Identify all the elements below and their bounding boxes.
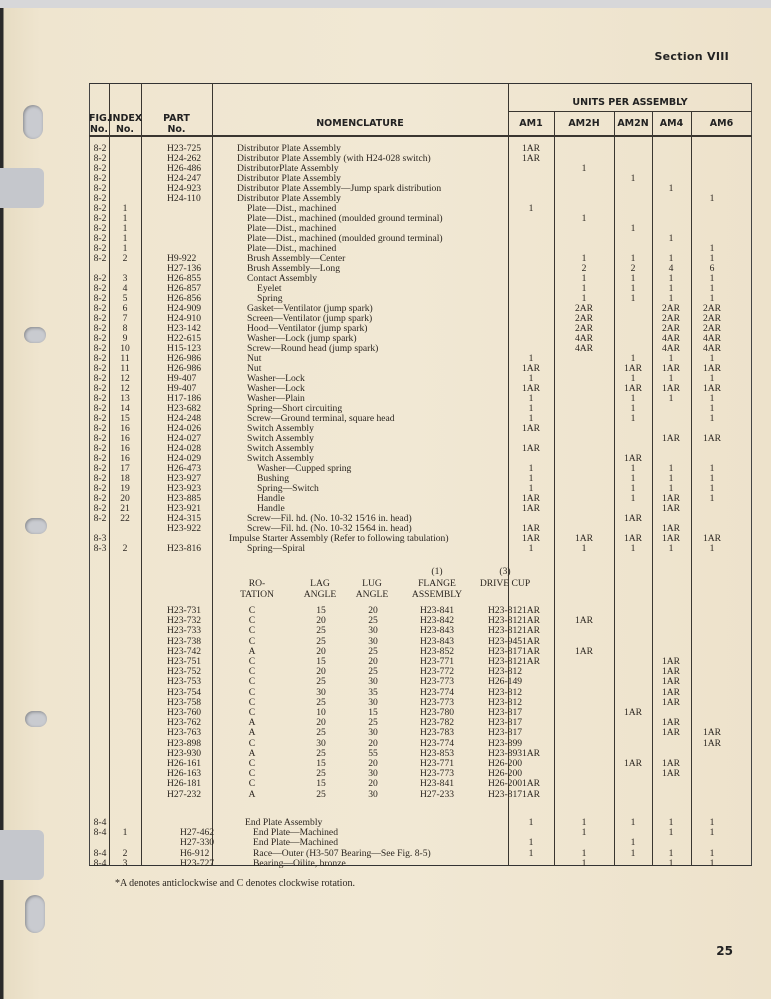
units-cell: 1AR [511, 790, 551, 800]
rotation-cell: A [242, 728, 262, 738]
units-cell: 1AR [692, 434, 732, 444]
units-cell: 1 [564, 828, 604, 838]
sub-header-flange-ref: (1) [397, 567, 477, 577]
flange-assembly-cell: H23-841 [407, 779, 467, 789]
units-cell: 1 [651, 234, 691, 244]
lag-angle-cell: 25 [306, 790, 336, 800]
units-cell: 1 [651, 394, 691, 404]
units-cell: 1 [613, 224, 653, 234]
header-units-per-assembly: UNITS PER ASSEMBLY [508, 97, 752, 108]
lag-angle-cell: 25 [306, 728, 336, 738]
part-no-cell: H27-330 [180, 838, 214, 848]
sub-header-lag-angle: LAG ANGLE [295, 578, 345, 600]
header-bottom-rule [89, 135, 752, 137]
units-cell: 1 [651, 828, 691, 838]
binder-tab [0, 168, 44, 208]
rotation-cell: C [242, 779, 262, 789]
units-cell: 1AR [511, 154, 551, 164]
rotation-cell: C [242, 626, 262, 636]
units-cell: 1 [564, 214, 604, 224]
units-cell: 1AR [613, 759, 653, 769]
units-cell: 1 [511, 849, 551, 859]
lug-angle-cell: 30 [358, 626, 388, 636]
units-cell: 1AR [564, 647, 604, 657]
binder-hole [25, 518, 47, 534]
units-cell: 1AR [692, 739, 732, 749]
rotation-cell: C [242, 677, 262, 687]
header-nomenclature: NOMENCLATURE [212, 118, 508, 129]
index-no-cell: 1 [109, 828, 141, 838]
header-model-am4: AM4 [652, 118, 691, 129]
lag-angle-cell: 15 [306, 779, 336, 789]
col-divider [212, 83, 213, 866]
units-cell: 1AR [692, 728, 732, 738]
units-cell: 1 [511, 544, 551, 554]
lug-angle-cell: 30 [358, 728, 388, 738]
units-cell: 1AR [613, 514, 653, 524]
header-index-no-text: INDEX No. [109, 113, 142, 135]
units-cell: 1AR [651, 677, 691, 687]
fig-no-cell: 8-3 [89, 544, 111, 554]
units-cell: 1 [613, 174, 653, 184]
units-cell: 1 [692, 828, 732, 838]
units-cell: 1 [511, 838, 551, 848]
sub-header-drive-cup: DRIVE CUP [478, 578, 532, 589]
header-model-am2n: AM2N [614, 118, 652, 129]
flange-assembly-cell: H23-773 [407, 677, 467, 687]
nomenclature-cell: End Plate—Machined [253, 838, 338, 848]
part-no-cell: H27-232 [167, 790, 201, 800]
header-fig-no-text: FIG. No. [89, 113, 110, 135]
drive-cup-cell: H23-817 [478, 728, 532, 738]
part-no-cell: H26-181 [167, 779, 201, 789]
binder-hole [24, 327, 46, 343]
units-cell: 1 [651, 184, 691, 194]
binder-hole [25, 711, 47, 727]
units-cell: 1AR [511, 444, 551, 454]
index-no-cell: 2 [109, 544, 141, 554]
units-cell: 1 [692, 859, 732, 869]
scan-top-edge [0, 0, 771, 8]
header-model-am6: AM6 [691, 118, 752, 129]
fig-no-cell: 8-2 [89, 254, 111, 264]
units-cell: 1 [613, 838, 653, 848]
units-cell: 1AR [651, 434, 691, 444]
part-no-cell: H24-110 [167, 194, 201, 204]
sub-header-drive-ref: (3) [475, 567, 535, 577]
rotation-cell: A [242, 790, 262, 800]
units-cell: 1AR [511, 779, 551, 789]
units-cell: 1AR [511, 424, 551, 434]
units-cell: 4AR [564, 344, 604, 354]
lug-angle-cell: 20 [358, 779, 388, 789]
binder-tab [0, 830, 44, 880]
units-cell: 1AR [651, 698, 691, 708]
units-header-divider [508, 111, 752, 112]
sub-header-flange-assembly: FLANGE ASSEMBLY [397, 578, 477, 600]
units-cell: 1 [613, 414, 653, 424]
index-no-cell: 3 [109, 859, 141, 869]
units-cell: 1AR [564, 616, 604, 626]
units-cell: 1 [613, 544, 653, 554]
binder-hole [25, 895, 45, 933]
units-cell: 1 [511, 818, 551, 828]
header-index-no: INDEX No. [109, 113, 141, 135]
header-model-am2h: AM2H [554, 118, 614, 129]
col-divider [554, 112, 555, 866]
flange-assembly-cell: H23-843 [407, 626, 467, 636]
lag-angle-cell: 25 [306, 677, 336, 687]
units-cell: 1 [613, 494, 653, 504]
units-cell: 1 [564, 544, 604, 554]
units-cell: 1 [564, 859, 604, 869]
lag-angle-cell: 25 [306, 626, 336, 636]
part-no-cell: H23-763 [167, 728, 201, 738]
units-cell: 1AR [651, 728, 691, 738]
page-number: 25 [716, 944, 733, 958]
units-cell: 1 [692, 544, 732, 554]
units-cell: 1 [692, 494, 732, 504]
units-cell: 1AR [651, 504, 691, 514]
part-no-cell: H23-922 [167, 524, 201, 534]
fig-no-cell: 8-2 [89, 514, 111, 524]
col-divider [141, 83, 142, 866]
header-part-no: PART No. [141, 113, 212, 135]
part-no-cell: H23-727 [180, 859, 214, 869]
units-cell: 1AR [651, 769, 691, 779]
header-part-no-text: PART No. [163, 113, 190, 135]
units-cell: 1 [564, 164, 604, 174]
units-cell: 1 [613, 294, 653, 304]
sub-header-rotation-ref: RO- TATION [232, 578, 282, 600]
nomenclature-cell: Spring—Spiral [247, 544, 305, 554]
header-model-am1: AM1 [508, 118, 554, 129]
sub-header-lug-angle: LUG ANGLE [347, 578, 397, 600]
units-cell: 1AR [613, 708, 653, 718]
drive-cup-cell: H26-149 [478, 677, 532, 687]
header-fig-no: FIG. No. [89, 113, 109, 135]
units-cell: 1 [651, 859, 691, 869]
units-cell: 1 [613, 849, 653, 859]
nomenclature-cell: Bearing—Oilite, bronze [253, 859, 346, 869]
units-cell: 1AR [511, 626, 551, 636]
document-page: Section VIII FIG. No. INDEX No. PART No.… [0, 0, 771, 999]
part-no-cell: H23-733 [167, 626, 201, 636]
fig-no-cell: 8-4 [89, 828, 111, 838]
units-cell: 1 [692, 414, 732, 424]
units-cell: 1 [692, 194, 732, 204]
lug-angle-cell: 30 [358, 677, 388, 687]
section-label: Section VIII [654, 50, 729, 63]
footnote: *A denotes anticlockwise and C denotes c… [115, 878, 355, 889]
binder-hole [23, 105, 43, 139]
units-cell: 1 [511, 204, 551, 214]
index-no-cell: 22 [109, 514, 141, 524]
units-cell: 1AR [511, 504, 551, 514]
flange-assembly-cell: H27-233 [407, 790, 467, 800]
flange-assembly-cell: H23-783 [407, 728, 467, 738]
fig-no-cell: 8-4 [89, 859, 111, 869]
part-no-cell: H23-753 [167, 677, 201, 687]
lug-angle-cell: 30 [358, 790, 388, 800]
nomenclature-cell: Screw—Round head (jump spark) [247, 344, 378, 354]
units-cell: 1 [651, 544, 691, 554]
units-cell: 1 [613, 818, 653, 828]
part-no-cell: H23-816 [167, 544, 201, 554]
index-no-cell: 2 [109, 254, 141, 264]
